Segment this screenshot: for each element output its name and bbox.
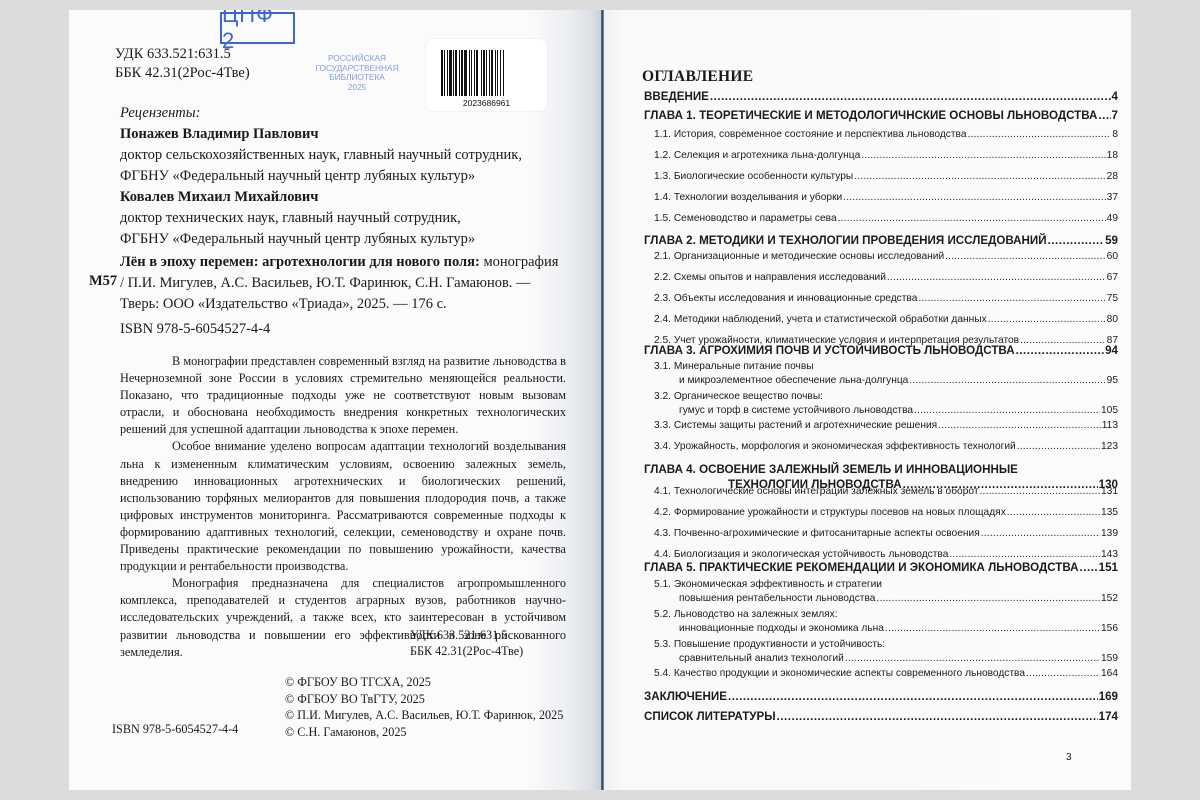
toc-entry-title: 4.1. Технологические основы интеграции з… (654, 486, 979, 497)
toc-entry-page: 169 (1099, 690, 1118, 703)
toc-entry-page: 4 (1112, 90, 1118, 103)
toc-entry-title-line2: сравнительный анализ технологий (679, 652, 844, 666)
toc-leader-dots (854, 171, 1105, 182)
toc-leader-dots (710, 90, 1111, 103)
udk-code-bottom: УДК 633.521:631.5 (410, 627, 523, 643)
toc-section[interactable]: 5.2. Льноводство на залежных землях:инно… (654, 608, 1118, 636)
toc-entry-title: 1.3. Биологические особенности культуры (654, 171, 853, 182)
toc-entry-page: 174 (1099, 710, 1118, 723)
toc-references[interactable]: СПИСОК ЛИТЕРАТУРЫ174 (644, 710, 1118, 723)
toc-entry-page: 37 (1107, 192, 1118, 203)
toc-leader-dots (728, 690, 1098, 703)
page-number: 3 (1066, 752, 1072, 763)
toc-leader-dots (988, 314, 1106, 325)
toc-entry-title: 4.2. Формирование урожайности и структур… (654, 507, 1006, 518)
toc-entry-page: 151 (1099, 561, 1118, 574)
toc-leader-dots (949, 549, 1100, 560)
toc-entry-title: ГЛАВА 5. ПРАКТИЧЕСКИЕ РЕКОМЕНДАЦИИ И ЭКО… (644, 561, 1079, 574)
toc-section[interactable]: 3.4. Урожайность, морфология и экономиче… (654, 441, 1118, 452)
toc-section[interactable]: 1.4. Технологии возделывания и уборки37 (654, 192, 1118, 203)
toc-entry-page: 131 (1101, 486, 1118, 497)
right-page: ОГЛАВЛЕНИЕ ВВЕДЕНИЕ4ГЛАВА 1. ТЕОРЕТИЧЕСК… (604, 10, 1131, 790)
toc-leader-dots (861, 150, 1105, 161)
toc-section[interactable]: 3.2. Органическое вещество почвы:гумус и… (654, 390, 1118, 418)
toc-entry-title: ГЛАВА 2. МЕТОДИКИ И ТЕХНОЛОГИИ ПРОВЕДЕНИ… (644, 234, 1047, 247)
toc-entry-page: 95 (1107, 374, 1118, 388)
toc-leader-dots (1016, 344, 1105, 357)
toc-entry-continuation: сравнительный анализ технологий159 (654, 652, 1118, 666)
toc-section[interactable]: 1.1. История, современное состояние и пе… (654, 129, 1118, 140)
toc-entry-title-line2: гумус и торф в системе устойчивого льнов… (679, 404, 913, 418)
toc-leader-dots (1017, 441, 1100, 452)
toc-entry-title: ЗАКЛЮЧЕНИЕ (644, 690, 727, 703)
toc-entry-title: 4.4. Биологизация и экологическая устойч… (654, 549, 948, 560)
toc-entry-page: 94 (1105, 344, 1118, 357)
toc-entry-title: 2.4. Методики наблюдений, учета и статис… (654, 314, 987, 325)
abstract-paragraph: В монографии представлен современный взг… (120, 353, 566, 438)
toc-entry-page: 75 (1107, 293, 1118, 304)
toc-leader-dots (918, 293, 1105, 304)
toc-leader-dots (876, 592, 1100, 606)
reviewer-name: Понажев Владимир Павлович (120, 124, 522, 145)
copyright-line: © ФГБОУ ВО ТвГТУ, 2025 (285, 691, 563, 708)
abstract: В монографии представлен современный взг… (120, 353, 566, 661)
toc-entry-title: 5.3. Повышение продуктивности и устойчив… (654, 638, 1118, 652)
toc-leader-dots (968, 129, 1112, 140)
toc-entry-title-line2: повышения рентабельности льноводства (679, 592, 875, 606)
reviewers-label: Рецензенты: (120, 103, 522, 124)
library-stamp: РОССИЙСКАЯ ГОСУДАРСТВЕННАЯ БИБЛИОТЕКА 20… (302, 54, 412, 92)
toc-leader-dots (980, 486, 1100, 497)
toc-entry-page: 7 (1112, 109, 1118, 122)
reviewer-org: ФГБНУ «Федеральный научный центр лубяных… (120, 229, 522, 250)
toc-entry-title: ГЛАВА 3. АГРОХИМИЯ ПОЧВ И УСТОЙЧИВОСТЬ Л… (644, 344, 1015, 357)
toc-section[interactable]: 3.3. Системы защиты растений и агротехни… (654, 420, 1118, 431)
toc-leader-dots (838, 213, 1106, 224)
toc-entry-page: 8 (1112, 129, 1118, 140)
cpf-stamp: ЦПФ 2 (220, 12, 295, 44)
toc-section[interactable]: 4.4. Биологизация и экологическая устойч… (654, 549, 1118, 560)
reviewer-title: доктор технических наук, главный научный… (120, 208, 522, 229)
barcode-bar (504, 50, 505, 96)
toc-section[interactable]: 5.3. Повышение продуктивности и устойчив… (654, 638, 1118, 666)
toc-conclusion[interactable]: ЗАКЛЮЧЕНИЕ169 (644, 690, 1118, 703)
toc-leader-dots (777, 710, 1098, 723)
toc-entry-title: 5.4. Качество продукции и экономические … (654, 668, 1025, 679)
toc-entry-title: 3.1. Минеральные питание почвы (654, 360, 1118, 374)
toc-chapter-2[interactable]: ГЛАВА 2. МЕТОДИКИ И ТЕХНОЛОГИИ ПРОВЕДЕНИ… (644, 234, 1118, 247)
toc-leader-dots (1098, 109, 1110, 122)
toc-entry-continuation: и микроэлементное обеспечение льна-долгу… (654, 374, 1118, 388)
copyright-line: © ФГБОУ ВО ТГСХА, 2025 (285, 674, 563, 691)
toc-entry-page: 80 (1107, 314, 1118, 325)
toc-entry-page: 59 (1105, 234, 1118, 247)
toc-leader-dots (843, 192, 1105, 203)
toc-section[interactable]: 1.3. Биологические особенности культуры2… (654, 171, 1118, 182)
toc-title: ОГЛАВЛЕНИЕ (642, 68, 753, 86)
barcode-sticker: 2023686961 (426, 39, 547, 111)
toc-leader-dots (1026, 668, 1100, 679)
reviewer-org: ФГБНУ «Федеральный научный центр лубяных… (120, 166, 522, 187)
barcode-icon (441, 50, 534, 96)
toc-entry-title: 5.1. Экономическая эффективность и страт… (654, 578, 1118, 592)
toc-entry-page: 18 (1107, 150, 1118, 161)
toc-section[interactable]: 2.4. Методики наблюдений, учета и статис… (654, 314, 1118, 325)
toc-entry-title: 2.2. Схемы опытов и направления исследов… (654, 272, 886, 283)
toc-entry-page: 164 (1101, 668, 1118, 679)
toc-entry-title: 4.3. Почвенно-агрохимические и фитосанит… (654, 528, 980, 539)
book-title: Лён в эпоху перемен: агротехнологии для … (120, 254, 480, 270)
toc-entry-title: 2.3. Объекты исследования и инновационны… (654, 293, 917, 304)
copyright-line: © П.И. Мигулев, А.С. Васильев, Ю.Т. Фари… (285, 707, 563, 724)
toc-section[interactable]: 2.3. Объекты исследования и инновационны… (654, 293, 1118, 304)
toc-section[interactable]: 4.3. Почвенно-агрохимические и фитосанит… (654, 528, 1118, 539)
toc-leader-dots (1048, 234, 1105, 247)
isbn: ISBN 978-5-6054527-4-4 (120, 321, 270, 338)
toc-entry-title: 1.4. Технологии возделывания и уборки (654, 192, 842, 203)
reviewer-name: Ковалев Михаил Михайлович (120, 187, 522, 208)
toc-entry-continuation: повышения рентабельности льноводства152 (654, 592, 1118, 606)
bbk-code: ББК 42.31(2Рос-4Тве) (115, 64, 250, 83)
toc-entry-title-line2: инновационные подходы и экономика льна (679, 622, 884, 636)
toc-entry-continuation: инновационные подходы и экономика льна15… (654, 622, 1118, 636)
toc-leader-dots (845, 652, 1100, 666)
reviewers-block: Рецензенты: Понажев Владимир Павлович до… (120, 103, 522, 250)
toc-leader-dots (981, 528, 1100, 539)
toc-entry-page: 123 (1101, 441, 1118, 452)
toc-entry-title: 1.2. Селекция и агротехника льна-долгунц… (654, 150, 860, 161)
toc-chapter-5[interactable]: ГЛАВА 5. ПРАКТИЧЕСКИЕ РЕКОМЕНДАЦИИ И ЭКО… (644, 561, 1118, 574)
toc-leader-dots (914, 404, 1100, 418)
toc-entry-title: 3.4. Урожайность, морфология и экономиче… (654, 441, 1016, 452)
toc-entry-page: 67 (1107, 272, 1118, 283)
toc-entry-title-line2: и микроэлементное обеспечение льна-долгу… (679, 374, 908, 388)
toc-entry-page: 135 (1101, 507, 1118, 518)
isbn-bottom: ISBN 978-5-6054527-4-4 (112, 722, 238, 737)
toc-leader-dots (909, 374, 1105, 388)
reviewer-title: доктор сельскохозяйственных наук, главны… (120, 145, 522, 166)
toc-entry-page: 139 (1101, 528, 1118, 539)
toc-entry-title: 2.1. Организационные и методические осно… (654, 251, 944, 262)
toc-entry-page: 159 (1101, 652, 1118, 666)
toc-entry-title: 1.1. История, современное состояние и пе… (654, 129, 967, 140)
toc-entry-page: 105 (1101, 404, 1118, 418)
toc-entry-page: 60 (1107, 251, 1118, 262)
copyright-line: © С.Н. Гамаюнов, 2025 (285, 724, 563, 741)
toc-entry-title: СПИСОК ЛИТЕРАТУРЫ (644, 710, 776, 723)
toc-section[interactable]: 2.1. Организационные и методические осно… (654, 251, 1118, 262)
toc-section[interactable]: 5.1. Экономическая эффективность и страт… (654, 578, 1118, 606)
copyright-block: © ФГБОУ ВО ТГСХА, 2025 © ФГБОУ ВО ТвГТУ,… (285, 674, 563, 740)
library-stamp-line: 2025 (302, 83, 412, 93)
toc-section[interactable]: 4.1. Технологические основы интеграции з… (654, 486, 1118, 497)
toc-section[interactable]: 3.1. Минеральные питание почвыи микроэле… (654, 360, 1118, 388)
toc-entry-page: 28 (1107, 171, 1118, 182)
catalog-code: М57 (89, 273, 117, 290)
toc-leader-dots (887, 272, 1106, 283)
toc-section[interactable]: 5.4. Качество продукции и экономические … (654, 668, 1118, 679)
toc-entry-page: 49 (1107, 213, 1118, 224)
toc-intro[interactable]: ВВЕДЕНИЕ4 (644, 90, 1118, 103)
left-page: УДК 633.521:631.5 ББК 42.31(2Рос-4Тве) Ц… (69, 10, 602, 790)
toc-entry-title: 3.3. Системы защиты растений и агротехни… (654, 420, 937, 431)
toc-chapter-3[interactable]: ГЛАВА 3. АГРОХИМИЯ ПОЧВ И УСТОЙЧИВОСТЬ Л… (644, 344, 1118, 357)
toc-leader-dots (885, 622, 1100, 636)
toc-entry-title: 3.2. Органическое вещество почвы: (654, 390, 1118, 404)
toc-section[interactable]: 4.2. Формирование урожайности и структур… (654, 507, 1118, 518)
toc-entry-title: 1.5. Семеноводство и параметры сева (654, 213, 837, 224)
toc-entry-title: ГЛАВА 4. ОСВОЕНИЕ ЗАЛЕЖНЫЙ ЗЕМЕЛЬ И ИННО… (644, 462, 1118, 477)
bbk-code-bottom: ББК 42.31(2Рос-4Тве) (410, 643, 523, 659)
toc-entry-page: 113 (1102, 420, 1118, 431)
toc-leader-dots (945, 251, 1106, 262)
abstract-paragraph: Особое внимание уделено вопросам адаптац… (120, 438, 566, 575)
toc-leader-dots (1080, 561, 1098, 574)
udk-bbk-footer: УДК 633.521:631.5 ББК 42.31(2Рос-4Тве) (410, 627, 523, 659)
toc-chapter-1[interactable]: ГЛАВА 1. ТЕОРЕТИЧЕСКИЕ И МЕТОДОЛОГИЧНСКИ… (644, 109, 1118, 122)
toc-leader-dots (938, 420, 1101, 431)
toc-section[interactable]: 1.2. Селекция и агротехника льна-долгунц… (654, 150, 1118, 161)
toc-section[interactable]: 2.2. Схемы опытов и направления исследов… (654, 272, 1118, 283)
toc-leader-dots (1007, 507, 1100, 518)
toc-entry-page: 156 (1101, 622, 1118, 636)
toc-entry-title: ГЛАВА 1. ТЕОРЕТИЧЕСКИЕ И МЕТОДОЛОГИЧНСКИ… (644, 109, 1097, 122)
toc-entry-title: ВВЕДЕНИЕ (644, 90, 709, 103)
toc-entry-title: 5.2. Льноводство на залежных землях: (654, 608, 1118, 622)
toc-entry-page: 143 (1101, 549, 1118, 560)
toc-entry-page: 152 (1101, 592, 1118, 606)
catalog-entry: Лён в эпоху перемен: агротехнологии для … (120, 252, 565, 315)
toc-section[interactable]: 1.5. Семеноводство и параметры сева49 (654, 213, 1118, 224)
toc-entry-continuation: гумус и торф в системе устойчивого льнов… (654, 404, 1118, 418)
